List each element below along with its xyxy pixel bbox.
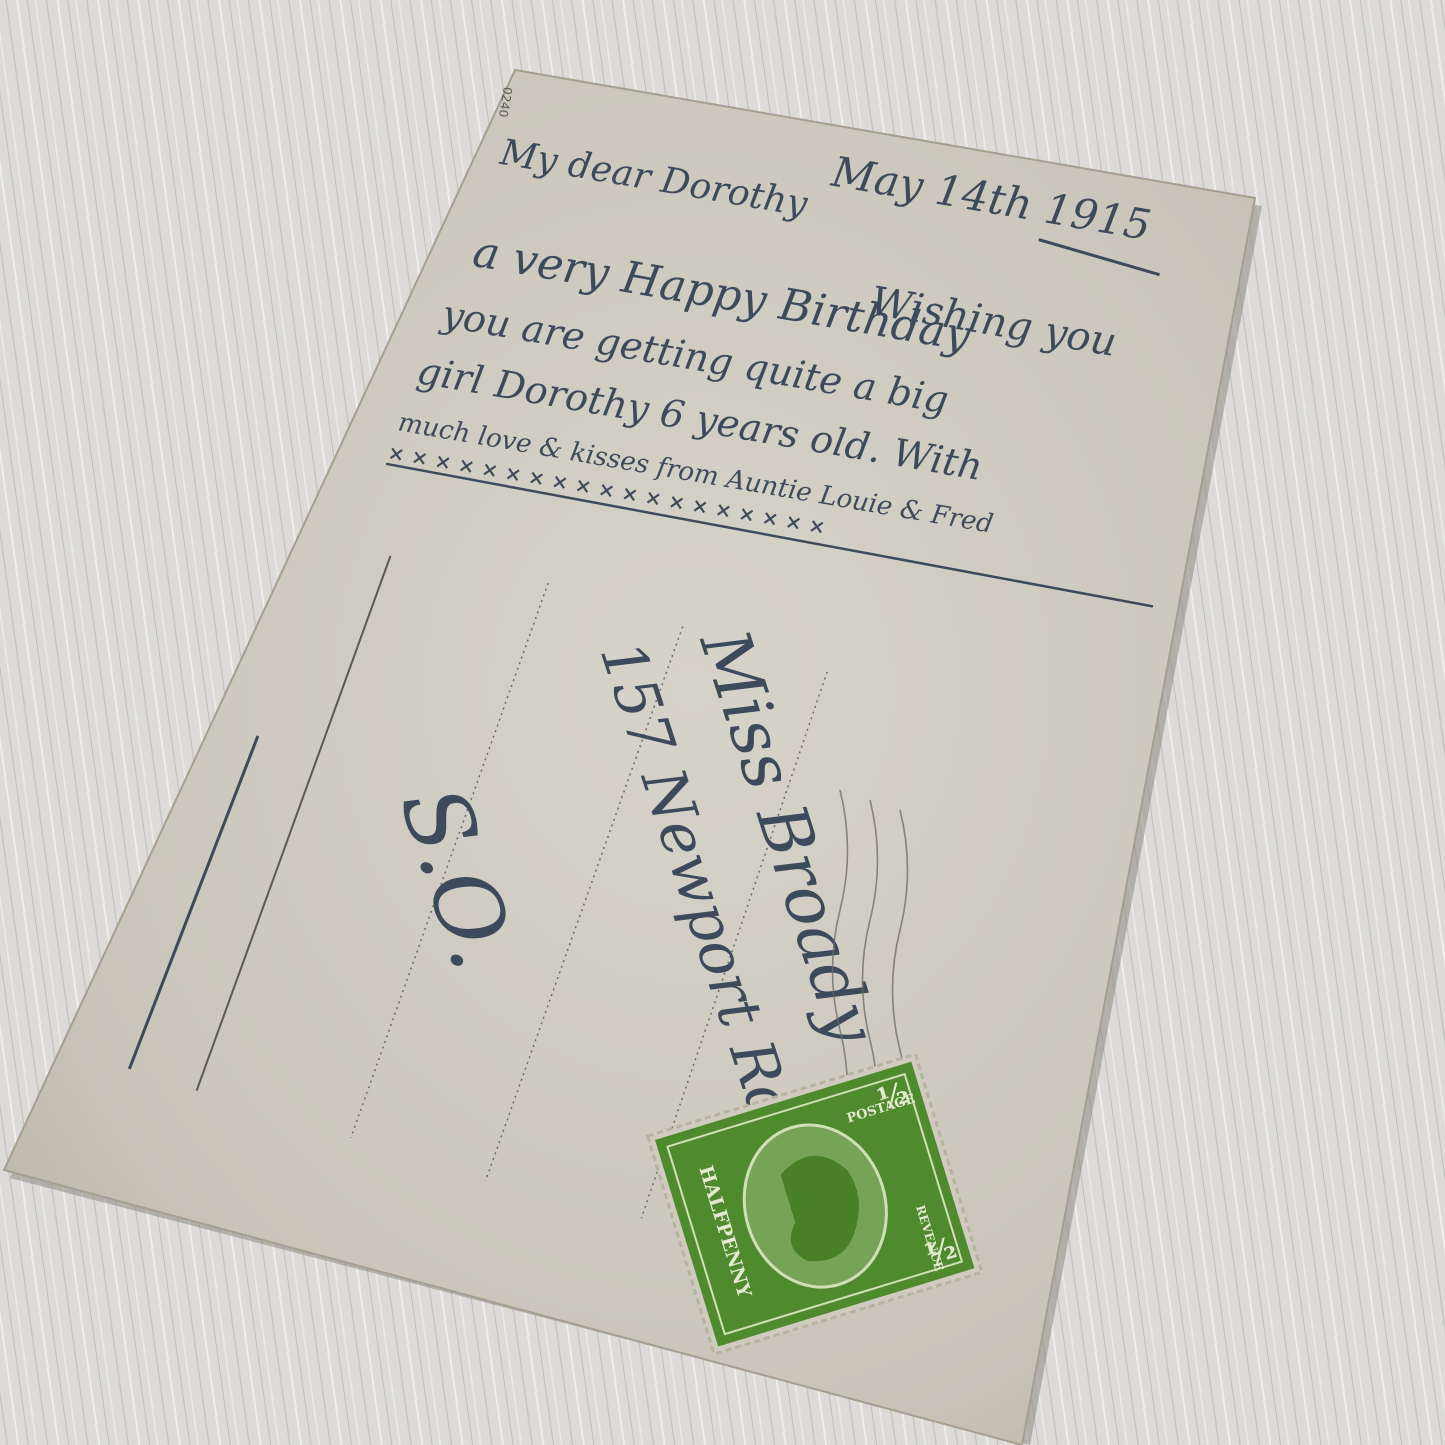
postcard-photo: 0240 May 14th 1915 My dear Dorothy Wishi… <box>0 0 1445 1445</box>
